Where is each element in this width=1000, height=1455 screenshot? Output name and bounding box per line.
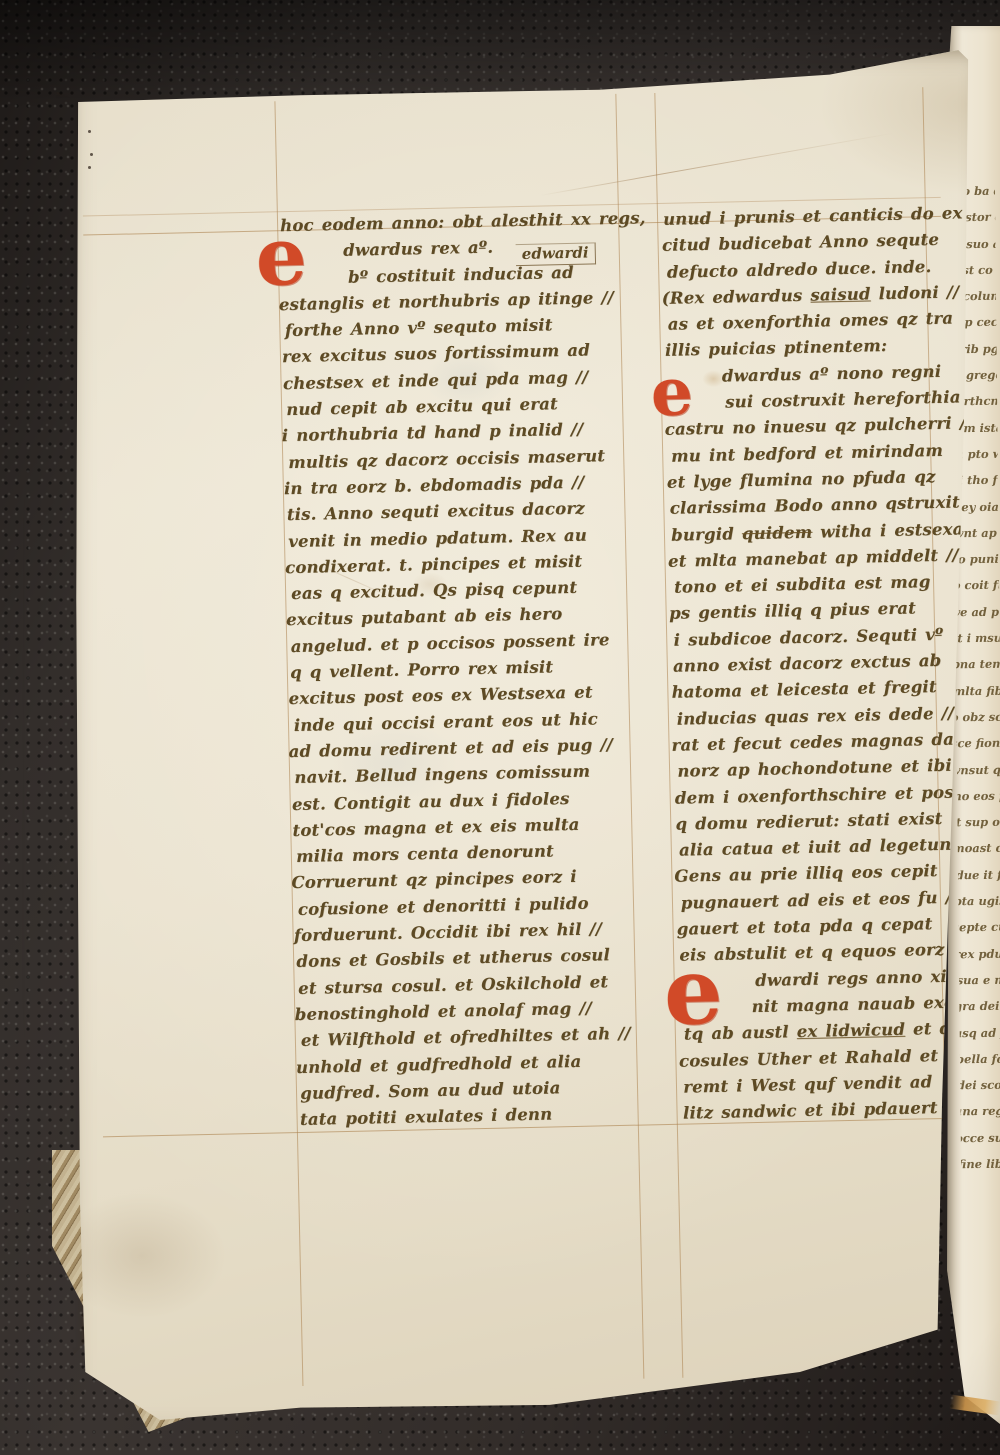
next-page-text-fragment: fine lib [958,1151,1000,1178]
next-page-text-fragment: rex pduci [954,940,998,967]
text-line: litz sandwic et ibi pdauert [683,1094,972,1127]
next-page-text-fragment: it sup oi [951,809,995,836]
next-page-text-fragment: vnsut q [954,756,998,783]
next-page-text-fragment: no eos p [953,783,997,810]
text-column-right: unud i prunis et canticis do ex //citud … [663,201,971,1127]
next-page-text-fragment: gra dei o [954,993,998,1020]
next-page-text-fragment: ana rege [955,1098,999,1125]
pricking-hole [88,166,91,169]
next-page-text-fragment: occe suz [955,1124,999,1151]
pricking-hole [90,153,93,156]
manuscript-page: e e e edwardi hoc eodem anno: obt alesth… [70,50,970,1420]
pricking-hole [88,130,91,133]
next-page-text-fragment: o obz sci [951,704,995,731]
next-page-text-fragment: bella foz [956,1046,1000,1073]
next-page-text-fragment: sce fion [951,730,995,757]
next-page-text-fragment: usq ad fi [954,1019,998,1046]
manuscript-photo: { "photo": { "colors": { "bg": "#262120"… [0,0,1000,1455]
next-page-text-fragment: dei scoz [957,1072,1000,1099]
next-page-text-fragment: pta ugis [954,888,998,915]
next-page-text-fragment: septe cu [952,914,996,941]
next-page-text-fragment: mlta fib [953,677,997,704]
next-page-text-fragment: o coit ft [953,572,997,599]
writing-area: e e e edwardi hoc eodem anno: obt alesth… [124,144,1000,1412]
next-page-text-fragment: moast co [952,835,996,862]
next-page-text-fragment: sua e mia [957,967,1000,994]
next-page-text-fragment: pna tem [952,651,996,678]
text-column-left: hoc eodem anno: obt alesthit xx regs,dwa… [280,206,640,1134]
next-page-text-fragment: due it fe [956,862,1000,889]
